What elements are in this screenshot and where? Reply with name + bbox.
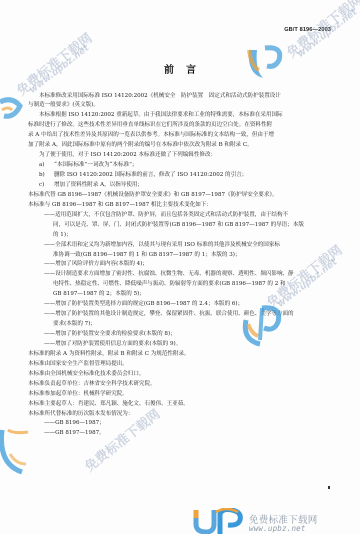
text-line: a)“本国际标准”一词改为“本标准”； <box>28 161 334 171</box>
list-item-label: c) <box>39 181 54 191</box>
text-content: ——增加了防护装置类型选择方面的规定(GB 8196—1987 的 2.4；本版… <box>44 301 243 307</box>
list-item-label: a) <box>39 161 54 171</box>
text-line: 本标准主要起草人：肖建民、郑凡颖、施化文、石俊伟、王亚茹。 <box>28 400 334 410</box>
text-content: 电特性、热稳定性、可燃性、降低噪声与振动、防辐射等方面的要求(GB 8196—1… <box>53 281 286 287</box>
up-logo-icon <box>192 508 246 534</box>
text-line: 本标准修改采用国际标准 ISO 14120:2002《机械安全 防护装置 固定式… <box>28 92 334 102</box>
text-line: 的 1)； <box>28 231 334 241</box>
text-content: ——全部术语和定义均为新增加内容，以使其与现有采用 ISO 标准的其他涉及机械安… <box>44 242 280 248</box>
text-content: 与制造一般要求》(英文版)。 <box>28 102 99 108</box>
site-url: www.upbz.net <box>249 524 306 533</box>
text-content: “本国际标准”一词改为“本标准”； <box>54 162 137 168</box>
text-line: b)删除 ISO 14120:2002 国际标准的前言，修改了 ISO 1412… <box>28 171 334 181</box>
text-content: 本标准由国家安全生产监督管理局提出。 <box>28 361 128 367</box>
text-content: 本标准的附录 A 为资料性附录，附录 B 和附录 C 为规范性附录。 <box>28 351 190 357</box>
text-line: 加了附录 A，因此国际标准中原有的两个附录的编号在本标准中依次改为附录 B 和附… <box>28 141 334 151</box>
text-line: ——增加了防护装置的其他设计制造规定，攀登、保留紧固件、抗振、联合使用、颜色、美… <box>28 310 334 320</box>
text-line: ——GB 8197—1987。 <box>28 429 334 439</box>
text-line: 本标准与 GB 8196—1987 和 GB 8197—1987 相比主要技术变… <box>28 201 334 211</box>
text-content: ——设计制造要求方面增加了密封性、抗腐蚀、抗微生物、无毒、机器的观察、透明性、频… <box>44 271 294 277</box>
text-content: 本标准与 GB 8196—1987 和 GB 8197—1987 相比主要技术变… <box>28 202 212 208</box>
text-content: 准协调一致(GB 8196—1987 的 1 和 GB 8197—1987 的 … <box>53 252 240 258</box>
text-content: 本标准负责起草单位：吉林省安全科学技术研究院。 <box>28 381 156 387</box>
text-content: 删除 ISO 14120:2002 国际标准的前言，修改了 ISO 14120:… <box>54 172 247 178</box>
text-line: 与制造一般要求》(英文版)。 <box>28 101 334 111</box>
text-content: 本标准代替 GB 8196—1987《机械设备防护罩安全要求》和 GB 8197… <box>28 192 278 198</box>
text-content: 录 A 中给出了技术性差异及其原因的一览表以供参考。本标准与国际标准的文本结构一… <box>28 132 274 138</box>
text-line: 录 A 中给出了技术性差异及其原因的一览表以供参考。本标准与国际标准的文本结构一… <box>28 131 334 141</box>
text-line: 本标准负责起草单位：吉林省安全科学技术研究院。 <box>28 380 334 390</box>
text-content: ——增加了防护装置安全要求的检验要求(本版的 8)； <box>44 331 176 337</box>
text-content: 的 1)； <box>53 232 72 238</box>
text-content: GB 8197—1987 的 2；本版的 5)； <box>53 291 145 297</box>
text-content: 本标准主要起草人：肖建民、郑凡颖、施化文、石俊伟、王亚茹。 <box>28 401 189 407</box>
text-line: 为了便于使用，对于 ISO 14120:2002 本标准还做了下列编辑性修改： <box>28 151 334 161</box>
text-content: 本标准由全国机械安全标准化技术委员会归口。 <box>28 371 144 377</box>
text-content: ——增加了风险评价方面内容(本版的 4)； <box>44 261 148 267</box>
text-line: ——全部术语和定义均为新增加内容，以使其与现有采用 ISO 标准的其他涉及机械安… <box>28 241 334 251</box>
text-content: 标准时进行了修改。这些技术性差异用垂直单线标识在它们所涉及的条款的页边空白处。在… <box>28 122 272 128</box>
text-content: 增加了资料性附录 A，以指导使用； <box>54 182 143 188</box>
text-content: ——GB 8196—1987； <box>44 420 105 426</box>
text-line: 本标准所代替标准的历次版本发布情况为： <box>28 410 334 420</box>
text-line: 标准时进行了修改。这些技术性差异用垂直单线标识在它们所涉及的条款的页边空白处。在… <box>28 121 334 131</box>
text-line: 本标准的附录 A 为资料性附录，附录 B 和附录 C 为规范性附录。 <box>28 350 334 360</box>
text-content: ——适用范围扩大，不仅包含防护罩、防护屏，而且包括各类固定式和活动式防护装置，由… <box>44 212 288 218</box>
text-content: 同，可以是壳、罩、屏、门、封闭式防护装置等(GB 8196—1987 和 GB … <box>53 222 304 228</box>
page-marker <box>328 486 330 489</box>
text-content: 要求(本版的 7)； <box>53 321 96 327</box>
text-content: ——增加了防护装置的其他设计制造规定，攀登、保留紧固件、抗振、联合使用、颜色、美… <box>44 311 294 317</box>
text-content: ——增加了对防护装置使用信息方面的要求(本版的 9)。 <box>44 341 181 347</box>
text-line: c)增加了资料性附录 A，以指导使用； <box>28 181 334 191</box>
foreword-body: 本标准修改采用国际标准 ISO 14120:2002《机械安全 防护装置 固定式… <box>28 92 334 440</box>
site-logo: 免费标准下载网 www.upbz.net <box>192 508 360 534</box>
text-content: ——GB 8197—1987。 <box>44 430 105 436</box>
text-content: 本标准根据 ISO 14120:2002 重新起草。由于我国法律要求和工业的特殊… <box>39 112 283 118</box>
text-line: 同，可以是壳、罩、屏、门、封闭式防护装置等(GB 8196—1987 和 GB … <box>28 221 334 231</box>
text-line: ——适用范围扩大，不仅包含防护罩、防护屏，而且包括各类固定式和活动式防护装置，由… <box>28 211 334 221</box>
text-line: 本标准根据 ISO 14120:2002 重新起草。由于我国法律要求和工业的特殊… <box>28 111 334 121</box>
text-line: 本标准代替 GB 8196—1987《机械设备防护罩安全要求》和 GB 8197… <box>28 191 334 201</box>
text-line: ——GB 8196—1987； <box>28 419 334 429</box>
text-line: ——增加了防护装置安全要求的检验要求(本版的 8)； <box>28 330 334 340</box>
text-content: 为了便于使用，对于 ISO 14120:2002 本标准还做了下列编辑性修改： <box>39 152 216 158</box>
text-line: 本标准由全国机械安全标准化技术委员会归口。 <box>28 370 334 380</box>
text-line: 本标准参加起草单位：机械科学研究院。 <box>28 390 334 400</box>
text-content: 本标准所代替标准的历次版本发布情况为： <box>28 411 133 417</box>
text-line: ——增加了风险评价方面内容(本版的 4)； <box>28 260 334 270</box>
text-line: 本标准由国家安全生产监督管理局提出。 <box>28 360 334 370</box>
text-content: 本标准修改采用国际标准 ISO 14120:2002《机械安全 防护装置 固定式… <box>39 93 281 99</box>
text-content: 加了附录 A，因此国际标准中原有的两个附录的编号在本标准中依次改为附录 B 和附… <box>28 142 253 148</box>
document-page: GB/T 8196—2003 前言 本标准修改采用国际标准 ISO 14120:… <box>0 0 360 534</box>
text-line: ——增加了对防护装置使用信息方面的要求(本版的 9)。 <box>28 340 334 350</box>
text-content: 本标准参加起草单位：机械科学研究院。 <box>28 391 128 397</box>
list-item-label: b) <box>39 171 54 181</box>
text-line: 要求(本版的 7)； <box>28 320 334 330</box>
text-line: 准协调一致(GB 8196—1987 的 1 和 GB 8197—1987 的 … <box>28 251 334 261</box>
